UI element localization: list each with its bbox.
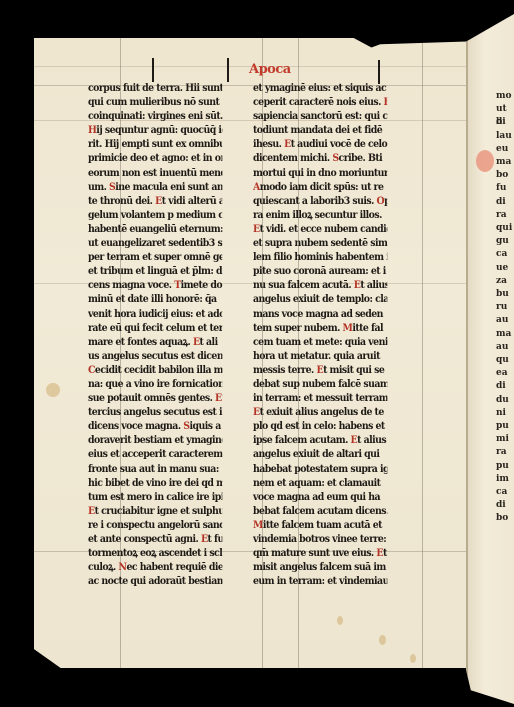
adjacent-leaf-text: ra (496, 446, 507, 459)
text-line: plo qd est in celo: habens et (253, 419, 387, 433)
text-line: lem filio hominis habentem in ca (253, 250, 387, 264)
text-line: tum est mero in calice ire ipius. (88, 490, 222, 504)
text-line: angelus exiuit de altari qui (253, 447, 387, 461)
adjacent-leaf-text: mi (496, 433, 509, 446)
text-line: et supra nubem sedentē simi (253, 236, 387, 250)
ruling-line (422, 38, 423, 668)
leaf-edge (466, 14, 468, 704)
rubric-capital: H (384, 96, 388, 108)
rubric-capital: E (316, 364, 323, 376)
text-line: ceperit caracterē nois eius. Hic (253, 95, 387, 109)
text-line: corpus fuit de terra. Hii sunt (88, 81, 222, 95)
text-line: habentē euangeliū eternum: (88, 222, 222, 236)
adjacent-leaf-text: eu (496, 143, 508, 156)
text-line: mans voce magna ad seden (253, 307, 387, 321)
ascender-stroke (227, 58, 229, 82)
text-line: cem tuam et mete: quia venit (253, 335, 387, 349)
adjacent-leaf-text: pu (496, 460, 509, 473)
text-line: eius et acceperit caracterem in (88, 447, 222, 461)
text-line: venit hora iudicij eius: et ado (88, 307, 222, 321)
text-line: gelum volantem p medium celi. (88, 208, 222, 222)
rubric-capital: E (351, 434, 358, 446)
text-line: Et cruciabitur igne et sulphu (88, 504, 222, 518)
rubric-capital: E (201, 533, 208, 545)
adjacent-leaf-text: di (496, 196, 506, 209)
text-line: qui cum mulieribus nō sunt (88, 95, 222, 109)
text-line: minū et date illi honorē: q̄a (88, 292, 222, 306)
rubric-capital: A (253, 181, 260, 193)
text-line: mare et fontes aquaꝝ. Et ali (88, 335, 222, 349)
adjacent-leaf-text: du (496, 394, 509, 407)
adjacent-leaf-text: gu (496, 235, 509, 248)
text-line: debat sup nubem falcē suam (253, 377, 387, 391)
text-line: tormentoꝝ eoꝝ ascendet i scla se (88, 546, 222, 560)
text-line: ipse falcem acutam. Et alius (253, 433, 387, 447)
stain (46, 383, 60, 397)
text-line: culoꝝ. Nec habent requiē die (88, 560, 222, 574)
text-line: doraverit bestiam et ymaginē (88, 433, 222, 447)
adjacent-leaf-text: ma (496, 328, 511, 341)
text-column-right: et ymaginē eius: et siquis acceperit car… (253, 81, 399, 588)
text-line: messis terre. Et misit qui se (253, 363, 387, 377)
rubric-capital: E (215, 392, 222, 404)
adjacent-leaf-text: lau (496, 130, 512, 143)
adjacent-leaf-text: im (496, 473, 509, 486)
rubric-capital: C (88, 364, 95, 376)
text-line: et ymaginē eius: et siquis ac (253, 81, 387, 95)
text-line: rate eū qui fecit celum et terrā (88, 321, 222, 335)
adjacent-leaf-text: ue (496, 262, 508, 275)
text-line: hora ut metatur. quia aruit (253, 349, 387, 363)
text-line: nem et aquam: et clamauit (253, 476, 387, 490)
rubric-capital: T (174, 279, 180, 291)
text-line: dicens voce magna. Siquis a (88, 419, 222, 433)
ascender-stroke (152, 58, 154, 82)
adjacent-leaf-text: bo (496, 512, 508, 525)
adjacent-leaf-text: qui (496, 222, 512, 235)
rubric-capital: E (253, 223, 260, 235)
adjacent-leaf-text: qu (496, 354, 509, 367)
text-line: Hij sequntur agnū: quocūq̄ ie (88, 123, 222, 137)
adjacent-leaf-text: di (496, 116, 506, 129)
text-line: qm̄ mature sunt uve eius. Et (253, 546, 387, 560)
adjacent-leaf-text: bo (496, 169, 508, 182)
text-line: primicie deo et agno: et in ore (88, 151, 222, 165)
adjacent-leaf-text: za (496, 275, 507, 288)
text-line: na: que a vino ire fornicationis (88, 377, 222, 391)
text-line: in terram: et messuit terram. (253, 391, 387, 405)
text-line: ra enim illoꝝ secuntur illos. (253, 208, 387, 222)
text-line: ihesu. Et audiui vocē de celo (253, 137, 387, 151)
stain (379, 635, 386, 645)
text-line: coinquinati: virgines eni sūt. (88, 109, 222, 123)
rubric-capital: E (88, 505, 95, 517)
adjacent-leaf: mout bdilaueumabofudiraquigucauezaburuau… (466, 14, 514, 704)
rubric-capital: M (253, 519, 263, 531)
running-head: Apoca (249, 62, 291, 77)
text-line: us angelus secutus est dicens. (88, 349, 222, 363)
rubric-capital: N (118, 561, 126, 573)
rubric-capital: E (354, 279, 361, 291)
text-line: tem super nubem. Mitte fal (253, 321, 387, 335)
text-line: sue potauit omnēs gentes. Et (88, 391, 222, 405)
text-line: Et vidi. et ecce nubem candidā: (253, 222, 387, 236)
text-line: te thronū dei. Et vidi alterū an (88, 194, 222, 208)
adjacent-leaf-text: ca (496, 248, 507, 261)
adjacent-leaf-text: di (496, 380, 506, 393)
text-line: et ante conspectū agni. Et fumi (88, 532, 222, 546)
text-line: ac nocte qui adoraūt bestiam (88, 574, 222, 588)
text-column-left: corpus fuit de terra. Hii suntqui cum mu… (88, 81, 234, 588)
rubric-capital: E (155, 195, 162, 207)
stain (337, 616, 343, 625)
rubric-capital: S (183, 420, 189, 432)
rubric-capital: H (88, 124, 96, 136)
adjacent-leaf-text: ni (496, 407, 506, 420)
text-line: nu sua falcem acutā. Et alius (253, 278, 387, 292)
adjacent-leaf-text: pu (496, 420, 509, 433)
text-line: Cecidit cecidit babilon illa mag (88, 363, 222, 377)
adjacent-leaf-text: di (496, 499, 506, 512)
text-line: hic bibet de vino ire dei qd mix (88, 476, 222, 490)
text-line: per terram et super omnē gentē (88, 250, 222, 264)
text-line: misit angelus falcem suā im (253, 560, 387, 574)
text-line: tercius angelus secutus est illos (88, 405, 222, 419)
adjacent-leaf-text: ma (496, 156, 511, 169)
rubric-capital: E (193, 336, 200, 348)
rubric-capital: S (332, 152, 338, 164)
text-line: fronte sua aut in manu sua: (88, 462, 222, 476)
text-line: um. Sine macula eni sunt an (88, 180, 222, 194)
text-line: eorum non est inuentū mendaciū (88, 166, 222, 180)
rubric-capital: E (253, 406, 260, 418)
text-line: pite suo coronā auream: et i ma (253, 264, 387, 278)
text-line: Amodo iam dicit spūs: ut re (253, 180, 387, 194)
rubric-capital: E (284, 138, 291, 150)
text-line: voce magna ad eum qui ha (253, 490, 387, 504)
text-line: et tribum et linguā et p̄lm: di (88, 264, 222, 278)
text-line: todiunt mandata dei et fidē (253, 123, 387, 137)
text-line: rit. Hij empti sunt ex omnibus (88, 137, 222, 151)
text-line: eum in terram: et vindemiauit (253, 574, 387, 588)
adjacent-leaf-text: ru (496, 301, 507, 314)
text-line: cens magna voce. Timete do (88, 278, 222, 292)
text-line: re i conspectu angelorū sanctorū: (88, 518, 222, 532)
stain (410, 654, 416, 663)
text-line: dicentem michi. Scribe. Bti (253, 151, 387, 165)
adjacent-leaf-text: ea (496, 367, 508, 380)
adjacent-leaf-text: mo (496, 90, 512, 103)
text-line: sapiencia sanctorū est: qui cus (253, 109, 387, 123)
text-line: Mitte falcem tuam acutā et (253, 518, 387, 532)
text-line: habebat potestatem supra ig (253, 462, 387, 476)
text-line: ut euangelizaret sedentib3 su (88, 236, 222, 250)
rubricated-initial (476, 150, 494, 172)
text-line: mortui qui in dno moriuntur. (253, 166, 387, 180)
adjacent-leaf-text: au (496, 314, 508, 327)
text-line: Et exiuit alius angelus de te (253, 405, 387, 419)
rubric-capital: O (377, 195, 385, 207)
adjacent-leaf-text: au (496, 341, 508, 354)
rubric-capital: M (342, 322, 352, 334)
adjacent-leaf-text: ra (496, 209, 507, 222)
text-line: angelus exiuit de templo: cla (253, 292, 387, 306)
text-line: bebat falcem acutam dicens. (253, 504, 387, 518)
rubric-capital: S (109, 181, 115, 193)
text-line: quiescant a laborib3 suis. Ope (253, 194, 387, 208)
adjacent-leaf-text: ca (496, 486, 507, 499)
adjacent-leaf-text: fu (496, 182, 506, 195)
text-line: vindemia botros vinee terre: (253, 532, 387, 546)
rubric-capital: E (376, 547, 383, 559)
adjacent-leaf-text: bu (496, 288, 509, 301)
